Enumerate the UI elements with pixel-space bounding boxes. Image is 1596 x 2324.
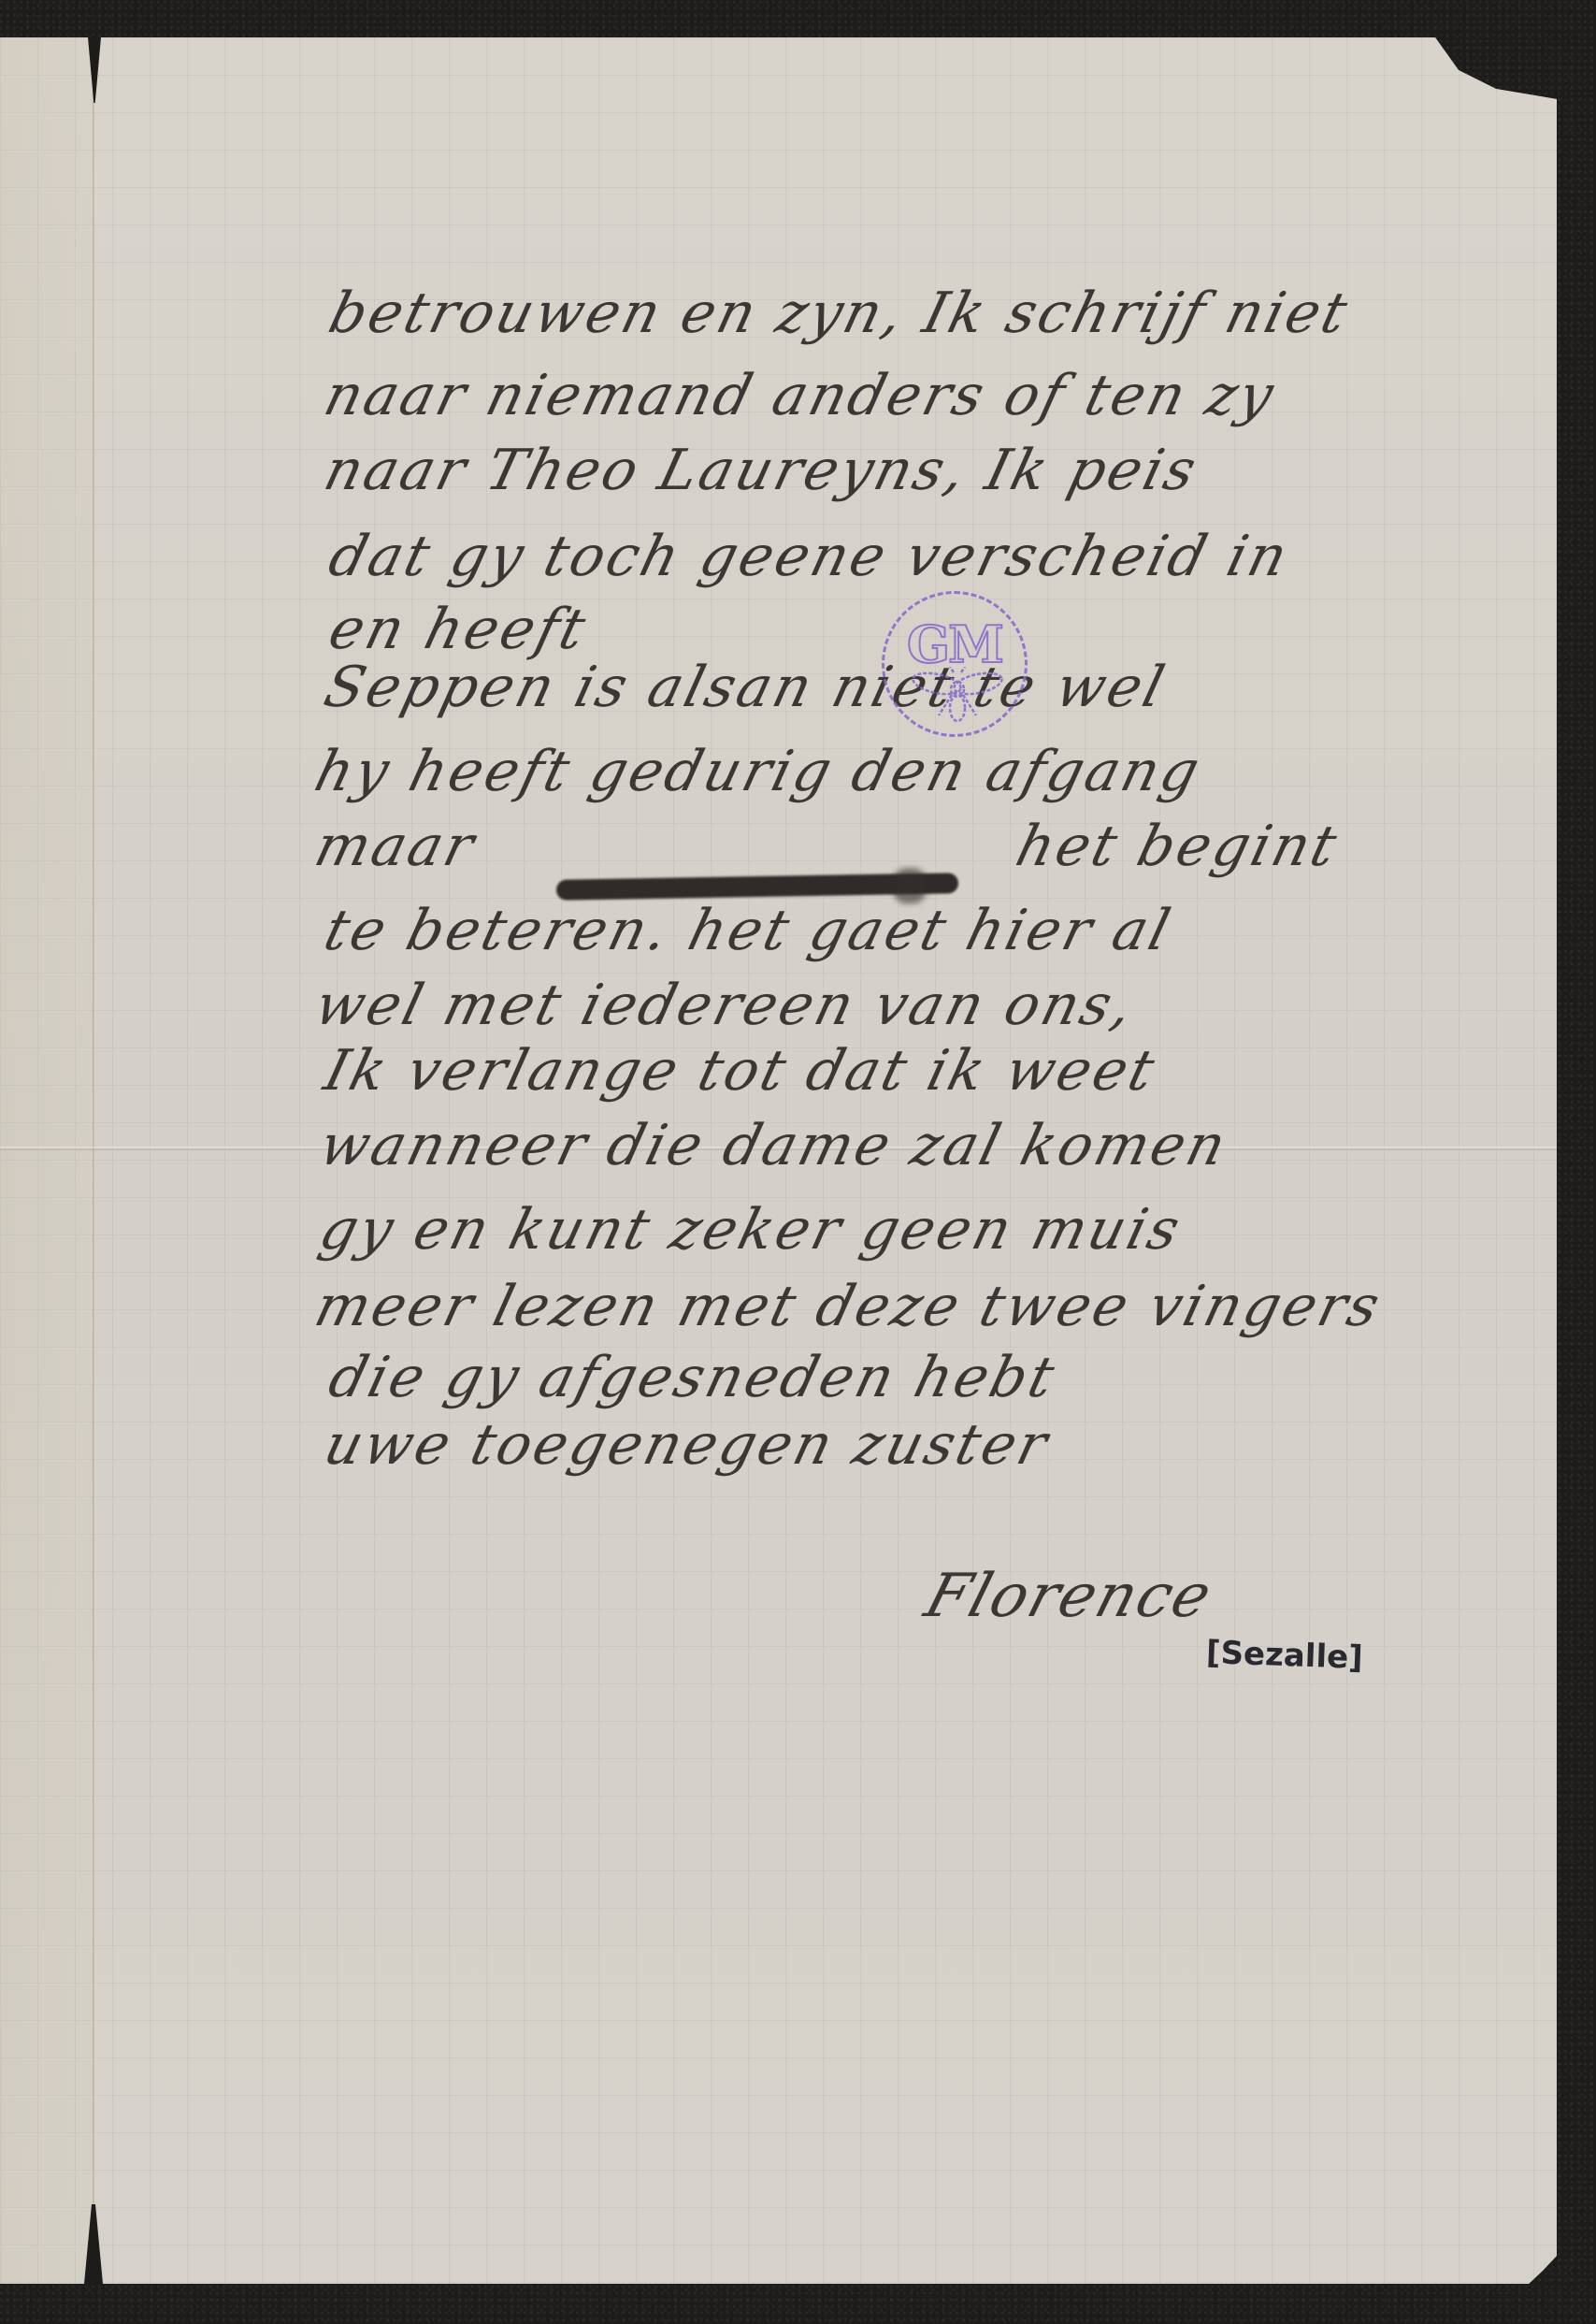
letter-line: het begint (1010, 814, 1345, 879)
vertical-fold (93, 37, 95, 2284)
letter-line: wanneer die dame zal komen (313, 1113, 1235, 1178)
letter-line: hy heeft gedurig den afgang (309, 739, 1208, 804)
letter-line: te beteren. het gaet hier al (318, 898, 1179, 963)
ink-blot-strikethrough (556, 873, 958, 901)
stamp-monogram: GM (884, 614, 1025, 674)
adjacent-page-strip (0, 37, 93, 2284)
letter-line: gy en kunt zeker geen muis (313, 1197, 1188, 1263)
letter-line: Seppen is alsan niet te wel (318, 655, 1173, 720)
letter-line: dat gy toch geene verscheid in (323, 524, 1297, 589)
letter-line: maar (309, 814, 483, 879)
letter-page: betrouwen en zyn, Ik schrijf niet naar n… (0, 37, 1557, 2284)
archivist-annotation: [Sezalle] (1205, 1634, 1363, 1677)
letter-line: naar Theo Laureyns, Ik peis (318, 438, 1205, 503)
collection-stamp: GM (882, 591, 1028, 737)
letter-line: die gy afgesneden hebt (323, 1345, 1063, 1410)
letter-line: meer lezen met deze twee vingers (309, 1274, 1388, 1339)
signature: Florence (917, 1562, 1220, 1631)
letter-line: wel met iedereen van ons, (309, 973, 1142, 1038)
letter-line: betrouwen en zyn, Ik schrijf niet (323, 281, 1356, 346)
bee-icon (911, 667, 1004, 723)
letter-line: uwe toegenegen zuster (318, 1412, 1057, 1478)
letter-line: Ik verlange tot dat ik weet (318, 1038, 1163, 1104)
letter-line: en heeft (323, 597, 595, 662)
letter-line: naar niemand anders of ten zy (318, 363, 1283, 428)
